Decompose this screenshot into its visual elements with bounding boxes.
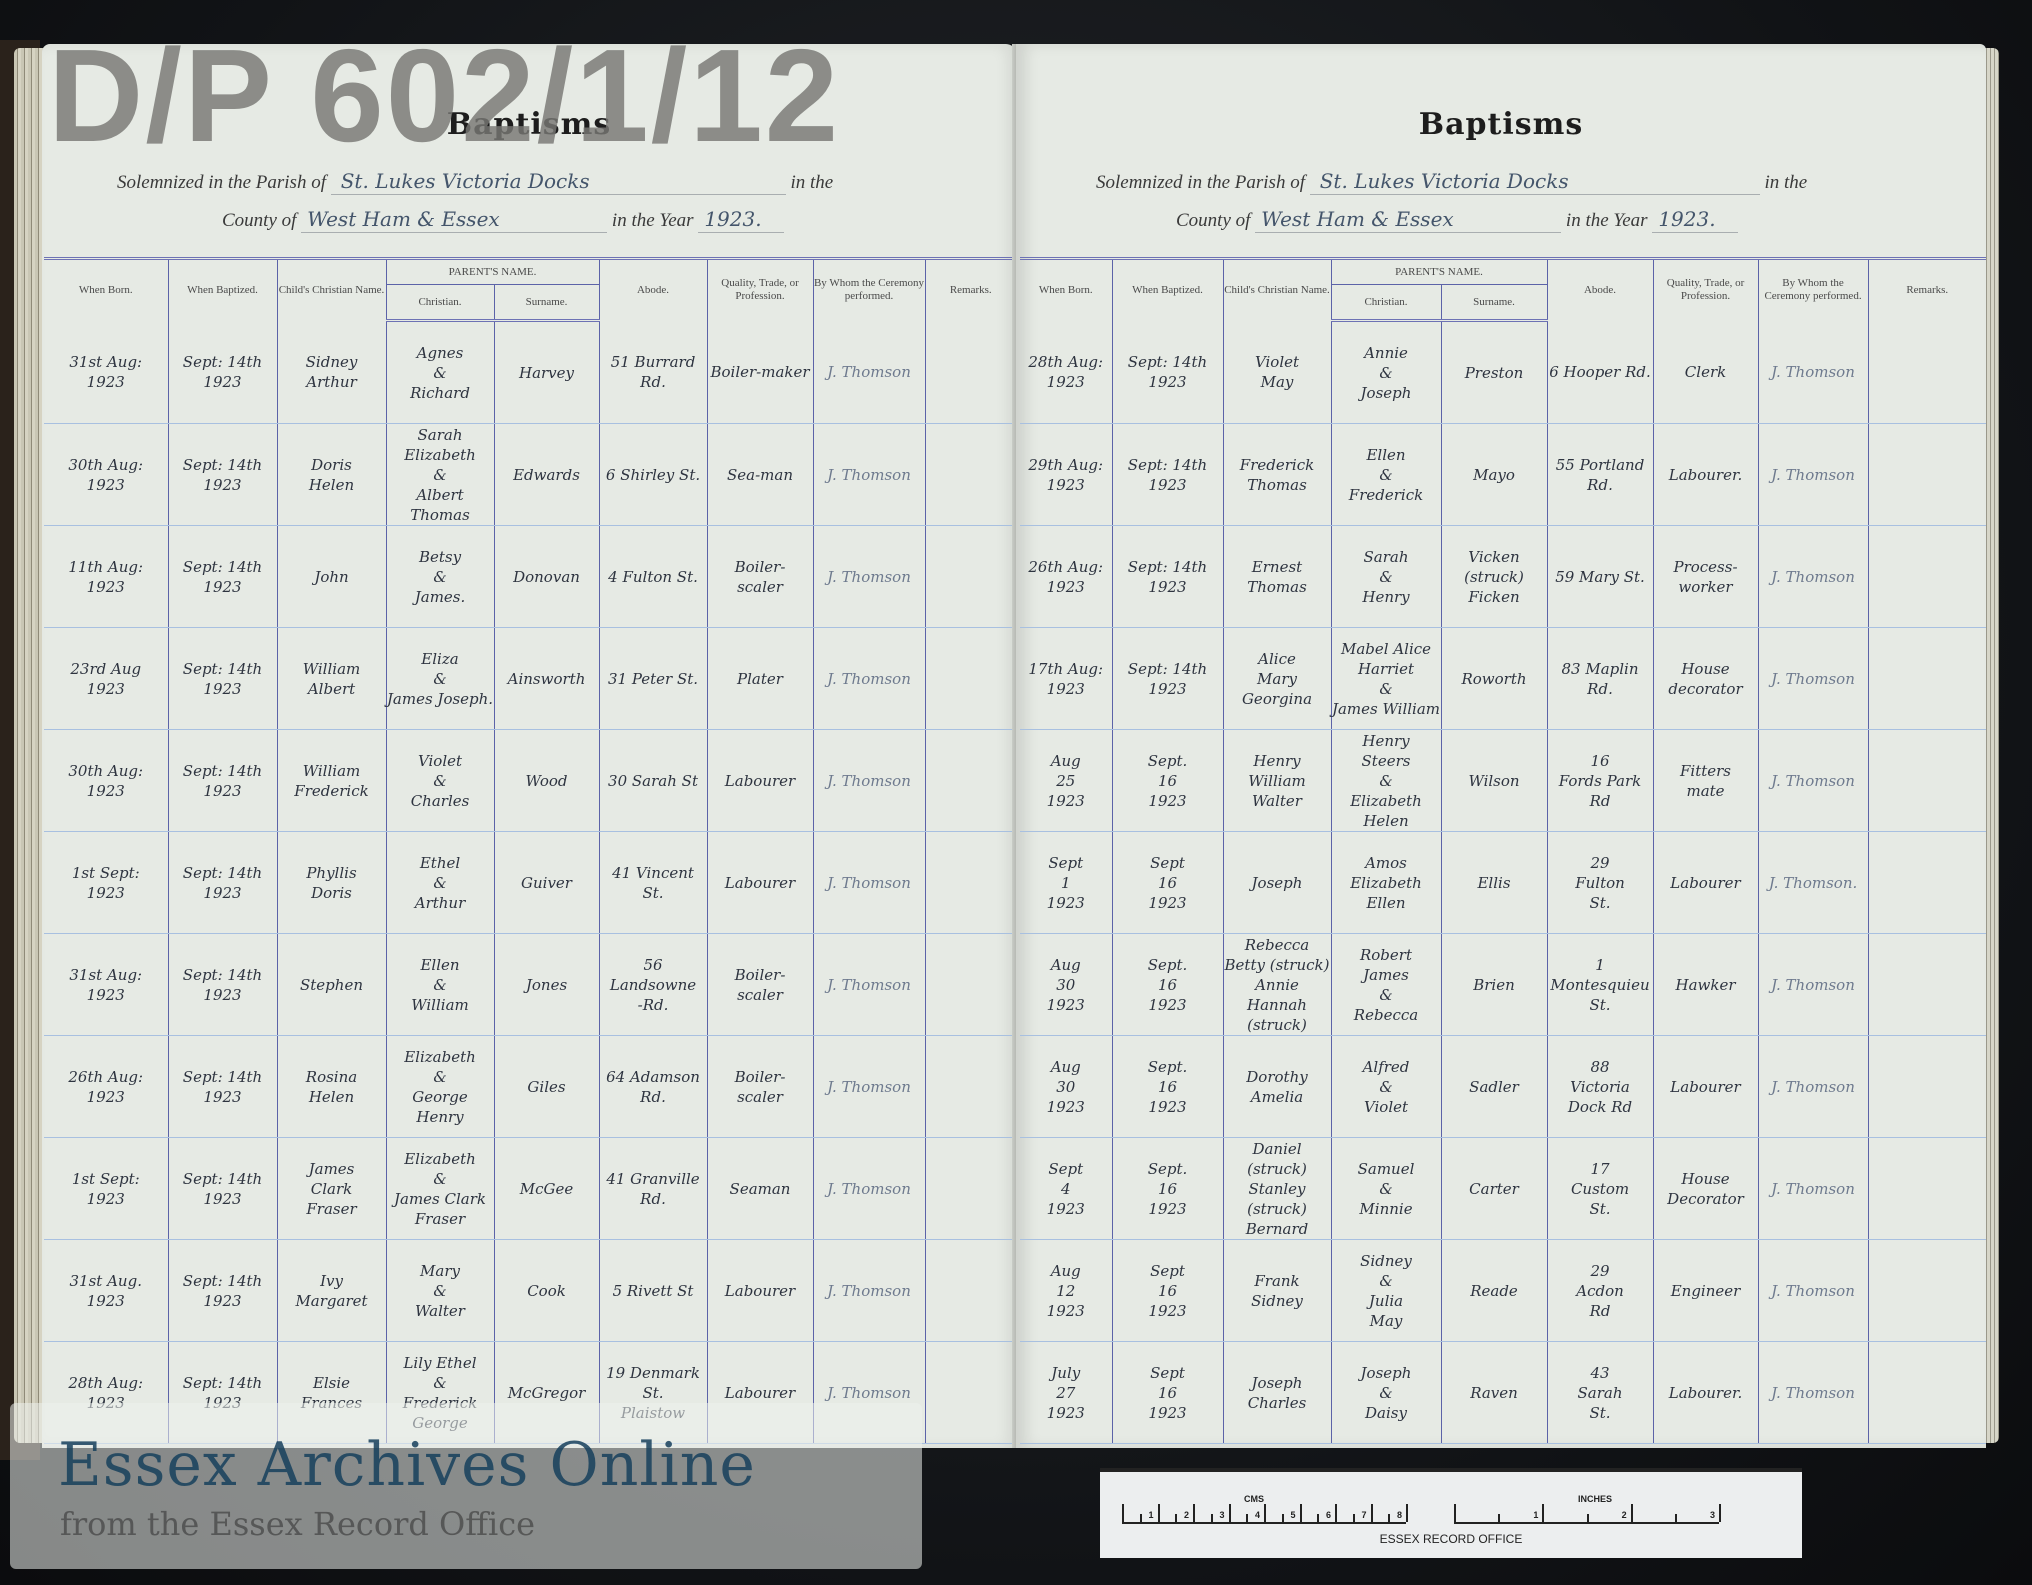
cell-abode: 6 Shirley St. bbox=[599, 424, 707, 526]
cell-parent-surname: Raven bbox=[1441, 1342, 1547, 1444]
cell-remarks bbox=[925, 1342, 1016, 1444]
col-abode: Abode. bbox=[599, 259, 707, 321]
cell-parent-surname: Ainsworth bbox=[494, 628, 599, 730]
cell-performed-by: J. Thomson bbox=[813, 1138, 925, 1240]
cell-remarks bbox=[1868, 321, 1986, 424]
ruler-tick bbox=[1264, 1504, 1266, 1522]
col-when-baptized: When Baptized. bbox=[1112, 259, 1223, 321]
cell-remarks bbox=[1868, 730, 1986, 832]
cell-abode: 6 Hooper Rd. bbox=[1547, 321, 1653, 424]
cell-parent-christian: Elizabeth & George Henry bbox=[386, 1036, 494, 1138]
cell-performed-by: J. Thomson bbox=[813, 628, 925, 730]
cell-profession: Sea-man bbox=[707, 424, 813, 526]
ruler-tick bbox=[1193, 1504, 1195, 1522]
cell-performed-by: J. Thomson bbox=[813, 1036, 925, 1138]
cell-remarks bbox=[1868, 1036, 1986, 1138]
table-row: Aug 30 1923Sept. 16 1923Dorothy AmeliaAl… bbox=[1020, 1036, 1986, 1138]
cell-child-name: Ernest Thomas bbox=[1223, 526, 1331, 628]
ruler-tick bbox=[1335, 1504, 1337, 1522]
ruler-tick bbox=[1229, 1504, 1231, 1522]
cell-parent-christian: Mary & Walter bbox=[386, 1240, 494, 1342]
ruler-tick bbox=[1158, 1504, 1160, 1522]
register-page-left: Baptisms Solemnized in the Parish of St.… bbox=[42, 44, 1016, 1448]
cell-profession: Plater bbox=[707, 628, 813, 730]
cell-when-baptized: Sept: 14th 1923 bbox=[1112, 628, 1223, 730]
ruler-tick bbox=[1631, 1504, 1633, 1522]
cell-performed-by: J. Thomson bbox=[1758, 1036, 1868, 1138]
cell-when-born: 1st Sept: 1923 bbox=[44, 832, 168, 934]
cm-scale: CMS 12345678 bbox=[1122, 1504, 1406, 1524]
cell-child-name: Alice Mary Georgina bbox=[1223, 628, 1331, 730]
cell-profession: Engineer bbox=[1653, 1240, 1758, 1342]
cell-when-born: 17th Aug: 1923 bbox=[1020, 628, 1112, 730]
cell-child-name: William Albert bbox=[277, 628, 386, 730]
col-child-name: Child's Christian Name. bbox=[1223, 259, 1331, 321]
cell-when-born: July 27 1923 bbox=[1020, 1342, 1112, 1444]
cell-when-baptized: Sept: 14th 1923 bbox=[1112, 526, 1223, 628]
cell-profession: Labourer bbox=[1653, 1036, 1758, 1138]
cell-when-born: 26th Aug: 1923 bbox=[44, 1036, 168, 1138]
parish-label: Solemnized in the Parish of bbox=[1096, 172, 1305, 193]
col-profession: Quality, Trade, or Profession. bbox=[1653, 259, 1758, 321]
col-parent-christian: Christian. bbox=[386, 285, 494, 321]
cell-remarks bbox=[1868, 424, 1986, 526]
cell-parent-surname: Mayo bbox=[1441, 424, 1547, 526]
cell-parent-surname: Guiver bbox=[494, 832, 599, 934]
col-when-born: When Born. bbox=[44, 259, 168, 321]
cell-remarks bbox=[1868, 832, 1986, 934]
col-remarks: Remarks. bbox=[925, 259, 1016, 321]
ruler-half-tick bbox=[1282, 1514, 1284, 1522]
cell-when-baptized: Sept: 14th 1923 bbox=[168, 934, 277, 1036]
cell-abode: 4 Fulton St. bbox=[599, 526, 707, 628]
col-parent-surname: Surname. bbox=[494, 285, 599, 321]
ruler-half-tick bbox=[1498, 1514, 1500, 1522]
col-performed-by: By Whom the Ceremony performed. bbox=[1758, 259, 1868, 321]
cell-profession: Boiler- scaler bbox=[707, 526, 813, 628]
cell-abode: 16 Fords Park Rd bbox=[1547, 730, 1653, 832]
cell-abode: 88 Victoria Dock Rd bbox=[1547, 1036, 1653, 1138]
cell-profession: Boiler- scaler bbox=[707, 1036, 813, 1138]
cell-child-name: Frank Sidney bbox=[1223, 1240, 1331, 1342]
archive-brand-subtitle: from the Essex Record Office bbox=[60, 1505, 535, 1543]
cell-performed-by: J. Thomson bbox=[1758, 321, 1868, 424]
table-row: 23rd Aug 1923Sept: 14th 1923William Albe… bbox=[44, 628, 1016, 730]
cell-remarks bbox=[1868, 934, 1986, 1036]
cell-parent-christian: Alfred & Violet bbox=[1331, 1036, 1441, 1138]
cell-abode: 43 Sarah St. bbox=[1547, 1342, 1653, 1444]
ruler-number: 2 bbox=[1184, 1510, 1189, 1520]
cell-child-name: Rebecca Betty (struck) Annie Hannah (str… bbox=[1223, 934, 1331, 1036]
cell-parent-christian: Henry Steers & Elizabeth Helen bbox=[1331, 730, 1441, 832]
cell-remarks bbox=[1868, 1240, 1986, 1342]
ruler-half-tick bbox=[1140, 1514, 1142, 1522]
cell-abode: 51 Burrard Rd. bbox=[599, 321, 707, 424]
cell-profession: Labourer. bbox=[1653, 1342, 1758, 1444]
cell-when-baptized: Sept: 14th 1923 bbox=[168, 526, 277, 628]
cell-parent-christian: Robert James & Rebecca bbox=[1331, 934, 1441, 1036]
cell-child-name: Frederick Thomas bbox=[1223, 424, 1331, 526]
cell-performed-by: J. Thomson bbox=[1758, 424, 1868, 526]
table-row: 1st Sept: 1923Sept: 14th 1923Phyllis Dor… bbox=[44, 832, 1016, 934]
cell-child-name: James Clark Fraser bbox=[277, 1138, 386, 1240]
cell-performed-by: J. Thomson bbox=[1758, 934, 1868, 1036]
cell-abode: 56 Landsowne -Rd. bbox=[599, 934, 707, 1036]
parish-value: St. Lukes Victoria Docks bbox=[1320, 169, 1569, 193]
cell-remarks bbox=[925, 424, 1016, 526]
cell-remarks bbox=[925, 1240, 1016, 1342]
year-label: in the Year bbox=[612, 210, 694, 231]
table-row: July 27 1923Sept 16 1923Joseph CharlesJo… bbox=[1020, 1342, 1986, 1444]
cell-child-name: Daniel (struck) Stanley (struck) Bernard bbox=[1223, 1138, 1331, 1240]
cell-abode: 41 Vincent St. bbox=[599, 832, 707, 934]
col-parents-name: PARENT'S NAME. bbox=[1331, 259, 1547, 285]
cell-abode: 41 Granville Rd. bbox=[599, 1138, 707, 1240]
ruler-number: 6 bbox=[1326, 1510, 1331, 1520]
inch-unit-label: INCHES bbox=[1578, 1494, 1612, 1504]
cell-parent-christian: Joseph & Daisy bbox=[1331, 1342, 1441, 1444]
cell-when-baptized: Sept 16 1923 bbox=[1112, 832, 1223, 934]
cell-profession: Labourer bbox=[707, 730, 813, 832]
cell-when-born: 23rd Aug 1923 bbox=[44, 628, 168, 730]
cell-when-baptized: Sept. 16 1923 bbox=[1112, 1138, 1223, 1240]
table-row: 31st Aug: 1923Sept: 14th 1923StephenElle… bbox=[44, 934, 1016, 1036]
ruler-number: 3 bbox=[1710, 1510, 1715, 1520]
cell-parent-christian: Sarah & Henry bbox=[1331, 526, 1441, 628]
cell-parent-surname: Carter bbox=[1441, 1138, 1547, 1240]
col-profession: Quality, Trade, or Profession. bbox=[707, 259, 813, 321]
table-row: 31st Aug. 1923Sept: 14th 1923Ivy Margare… bbox=[44, 1240, 1016, 1342]
year-value: 1923. bbox=[1658, 207, 1715, 231]
ruler-half-tick bbox=[1211, 1514, 1213, 1522]
cell-profession: Hawker bbox=[1653, 934, 1758, 1036]
inch-scale: INCHES 123 bbox=[1454, 1504, 1719, 1524]
cell-when-baptized: Sept: 14th 1923 bbox=[168, 1240, 277, 1342]
cell-when-baptized: Sept: 14th 1923 bbox=[168, 628, 277, 730]
parish-line: Solemnized in the Parish of St. Lukes Vi… bbox=[117, 169, 997, 195]
cell-parent-surname: McGee bbox=[494, 1138, 599, 1240]
cell-abode: 1 Montesquieu St. bbox=[1547, 934, 1653, 1036]
baptism-register-table: When Born. When Baptized. Child's Christ… bbox=[44, 257, 1016, 1444]
county-line: County of West Ham & Essex in the Year 1… bbox=[1176, 207, 1936, 233]
cell-when-born: 29th Aug: 1923 bbox=[1020, 424, 1112, 526]
cell-abode: 29 Acdon Rd bbox=[1547, 1240, 1653, 1342]
cell-when-born: Sept 1 1923 bbox=[1020, 832, 1112, 934]
ruler-half-tick bbox=[1317, 1514, 1319, 1522]
cell-when-baptized: Sept. 16 1923 bbox=[1112, 1036, 1223, 1138]
cell-parent-surname: Jones bbox=[494, 934, 599, 1036]
cell-performed-by: J. Thomson bbox=[813, 526, 925, 628]
cell-performed-by: J. Thomson bbox=[1758, 730, 1868, 832]
cell-performed-by: J. Thomson bbox=[813, 424, 925, 526]
cell-parent-christian: Eliza & James Joseph. bbox=[386, 628, 494, 730]
page-title: Baptisms bbox=[42, 107, 1016, 142]
cell-abode: 64 Adamson Rd. bbox=[599, 1036, 707, 1138]
cell-parent-surname: Reade bbox=[1441, 1240, 1547, 1342]
col-remarks: Remarks. bbox=[1868, 259, 1986, 321]
year-value: 1923. bbox=[704, 207, 761, 231]
cell-performed-by: J. Thomson bbox=[813, 934, 925, 1036]
table-row: 11th Aug: 1923Sept: 14th 1923JohnBetsy &… bbox=[44, 526, 1016, 628]
cell-parent-surname: Donovan bbox=[494, 526, 599, 628]
cell-parent-surname: Preston bbox=[1441, 321, 1547, 424]
cell-parent-surname: Edwards bbox=[494, 424, 599, 526]
in-the-label: in the bbox=[790, 172, 833, 193]
ruler-number: 2 bbox=[1622, 1510, 1627, 1520]
county-label: County of bbox=[1176, 210, 1250, 231]
cell-remarks bbox=[1868, 1138, 1986, 1240]
ruler-tick bbox=[1542, 1504, 1544, 1522]
cell-profession: Labourer bbox=[707, 832, 813, 934]
cell-remarks bbox=[925, 1036, 1016, 1138]
table-row: 26th Aug: 1923Sept: 14th 1923Ernest Thom… bbox=[1020, 526, 1986, 628]
archive-brand-title: Essex Archives Online bbox=[58, 1430, 756, 1500]
cell-profession: House decorator bbox=[1653, 628, 1758, 730]
cell-performed-by: J. Thomson bbox=[813, 1240, 925, 1342]
ruler-number: 7 bbox=[1362, 1510, 1367, 1520]
ruler-number: 1 bbox=[1149, 1510, 1154, 1520]
cell-profession: Clerk bbox=[1653, 321, 1758, 424]
table-row: Aug 25 1923Sept. 16 1923Henry William Wa… bbox=[1020, 730, 1986, 832]
cell-when-baptized: Sept: 14th 1923 bbox=[168, 321, 277, 424]
cell-profession: Boiler-maker bbox=[707, 321, 813, 424]
cell-when-born: Aug 30 1923 bbox=[1020, 934, 1112, 1036]
cell-abode: 55 Portland Rd. bbox=[1547, 424, 1653, 526]
scale-ruler: CMS 12345678 INCHES 123 ESSEX RECORD OFF… bbox=[1100, 1468, 1802, 1558]
cell-abode: 17 Custom St. bbox=[1547, 1138, 1653, 1240]
table-row: Aug 12 1923Sept 16 1923Frank SidneySidne… bbox=[1020, 1240, 1986, 1342]
cell-parent-christian: Annie & Joseph bbox=[1331, 321, 1441, 424]
cell-child-name: Ivy Margaret bbox=[277, 1240, 386, 1342]
ruler-half-tick bbox=[1675, 1514, 1677, 1522]
cell-profession: House Decorator bbox=[1653, 1138, 1758, 1240]
cell-when-born: 26th Aug: 1923 bbox=[1020, 526, 1112, 628]
cell-parent-christian: Violet & Charles bbox=[386, 730, 494, 832]
cell-performed-by: J. Thomson bbox=[1758, 628, 1868, 730]
ruler-number: 3 bbox=[1220, 1510, 1225, 1520]
cell-child-name: Joseph Charles bbox=[1223, 1342, 1331, 1444]
cell-child-name: Stephen bbox=[277, 934, 386, 1036]
cell-remarks bbox=[925, 934, 1016, 1036]
ruler-tick bbox=[1371, 1504, 1373, 1522]
cell-performed-by: J. Thomson bbox=[1758, 1240, 1868, 1342]
cell-performed-by: J. Thomson bbox=[813, 832, 925, 934]
cell-when-baptized: Sept. 16 1923 bbox=[1112, 934, 1223, 1036]
table-row: Aug 30 1923Sept. 16 1923Rebecca Betty (s… bbox=[1020, 934, 1986, 1036]
table-row: 28th Aug: 1923Sept: 14th 1923Violet MayA… bbox=[1020, 321, 1986, 424]
cell-remarks bbox=[1868, 1342, 1986, 1444]
cell-parent-christian: Sidney & Julia May bbox=[1331, 1240, 1441, 1342]
cell-abode: 31 Peter St. bbox=[599, 628, 707, 730]
cm-unit-label: CMS bbox=[1244, 1494, 1264, 1504]
table-row: 17th Aug: 1923Sept: 14th 1923Alice Mary … bbox=[1020, 628, 1986, 730]
cell-performed-by: J. Thomson bbox=[1758, 526, 1868, 628]
col-child-name: Child's Christian Name. bbox=[277, 259, 386, 321]
table-row: Sept 1 1923Sept 16 1923JosephAmos Elizab… bbox=[1020, 832, 1986, 934]
cell-when-born: 31st Aug: 1923 bbox=[44, 934, 168, 1036]
cell-performed-by: J. Thomson bbox=[813, 321, 925, 424]
ruler-half-tick bbox=[1246, 1514, 1248, 1522]
county-value: West Ham & Essex bbox=[307, 207, 500, 231]
cell-when-baptized: Sept: 14th 1923 bbox=[168, 832, 277, 934]
cell-parent-surname: Roworth bbox=[1441, 628, 1547, 730]
ruler-half-tick bbox=[1175, 1514, 1177, 1522]
cell-parent-surname: Wood bbox=[494, 730, 599, 832]
cell-remarks bbox=[925, 321, 1016, 424]
cell-parent-christian: Mabel Alice Harriet & James William bbox=[1331, 628, 1441, 730]
cell-performed-by: J. Thomson bbox=[1758, 1138, 1868, 1240]
cell-profession: Labourer bbox=[1653, 832, 1758, 934]
cell-parent-surname: Vicken (struck) Ficken bbox=[1441, 526, 1547, 628]
year-label: in the Year bbox=[1566, 210, 1648, 231]
cell-remarks bbox=[925, 730, 1016, 832]
table-row: 1st Sept: 1923Sept: 14th 1923James Clark… bbox=[44, 1138, 1016, 1240]
cell-when-born: Aug 25 1923 bbox=[1020, 730, 1112, 832]
col-when-baptized: When Baptized. bbox=[168, 259, 277, 321]
cell-profession: Fitters mate bbox=[1653, 730, 1758, 832]
cell-when-born: 31st Aug: 1923 bbox=[44, 321, 168, 424]
cell-child-name: Joseph bbox=[1223, 832, 1331, 934]
cell-profession: Process- worker bbox=[1653, 526, 1758, 628]
cell-abode: 59 Mary St. bbox=[1547, 526, 1653, 628]
cell-remarks bbox=[1868, 628, 1986, 730]
cell-remarks bbox=[925, 832, 1016, 934]
cell-profession: Boiler- scaler bbox=[707, 934, 813, 1036]
ruler-number: 1 bbox=[1533, 1510, 1538, 1520]
ruler-tick bbox=[1454, 1504, 1456, 1522]
col-when-born: When Born. bbox=[1020, 259, 1112, 321]
ruler-number: 8 bbox=[1397, 1510, 1402, 1520]
county-line: County of West Ham & Essex in the Year 1… bbox=[222, 207, 982, 233]
cell-parent-surname: Sadler bbox=[1441, 1036, 1547, 1138]
cell-when-born: 1st Sept: 1923 bbox=[44, 1138, 168, 1240]
cell-parent-christian: Amos Elizabeth Ellen bbox=[1331, 832, 1441, 934]
ruler-number: 4 bbox=[1255, 1510, 1260, 1520]
cell-remarks bbox=[1868, 526, 1986, 628]
cell-remarks bbox=[925, 1138, 1016, 1240]
cell-when-baptized: Sept: 14th 1923 bbox=[168, 1036, 277, 1138]
cell-parent-christian: Sarah Elizabeth & Albert Thomas bbox=[386, 424, 494, 526]
cell-performed-by: J. Thomson bbox=[813, 730, 925, 832]
table-row: 31st Aug: 1923Sept: 14th 1923Sidney Arth… bbox=[44, 321, 1016, 424]
cell-when-baptized: Sept: 14th 1923 bbox=[168, 730, 277, 832]
ruler-number: 5 bbox=[1291, 1510, 1296, 1520]
cell-profession: Labourer. bbox=[1653, 424, 1758, 526]
cell-child-name: William Frederick bbox=[277, 730, 386, 832]
ruler-half-tick bbox=[1353, 1514, 1355, 1522]
cell-when-born: Aug 30 1923 bbox=[1020, 1036, 1112, 1138]
county-label: County of bbox=[222, 210, 296, 231]
cell-abode: 5 Rivett St bbox=[599, 1240, 707, 1342]
page-title: Baptisms bbox=[1016, 107, 1986, 142]
col-parent-christian: Christian. bbox=[1331, 285, 1441, 321]
cell-when-born: Aug 12 1923 bbox=[1020, 1240, 1112, 1342]
table-row: 29th Aug: 1923Sept: 14th 1923Frederick T… bbox=[1020, 424, 1986, 526]
cell-when-baptized: Sept 16 1923 bbox=[1112, 1240, 1223, 1342]
ruler-tick bbox=[1122, 1504, 1124, 1522]
ruler-half-tick bbox=[1587, 1514, 1589, 1522]
cell-parent-christian: Betsy & James. bbox=[386, 526, 494, 628]
cell-parent-christian: Ellen & Frederick bbox=[1331, 424, 1441, 526]
cell-parent-surname: Giles bbox=[494, 1036, 599, 1138]
cell-when-born: Sept 4 1923 bbox=[1020, 1138, 1112, 1240]
table-row: 30th Aug: 1923Sept: 14th 1923Doris Helen… bbox=[44, 424, 1016, 526]
county-value: West Ham & Essex bbox=[1261, 207, 1454, 231]
cell-parent-christian: Ellen & William bbox=[386, 934, 494, 1036]
cell-when-baptized: Sept: 14th 1923 bbox=[1112, 321, 1223, 424]
parish-value: St. Lukes Victoria Docks bbox=[341, 169, 590, 193]
cell-parent-surname: Harvey bbox=[494, 321, 599, 424]
cell-remarks bbox=[925, 526, 1016, 628]
cell-when-born: 11th Aug: 1923 bbox=[44, 526, 168, 628]
register-page-right: Baptisms Solemnized in the Parish of St.… bbox=[1016, 44, 1986, 1448]
cell-parent-surname: Wilson bbox=[1441, 730, 1547, 832]
cell-child-name: Dorothy Amelia bbox=[1223, 1036, 1331, 1138]
ruler-half-tick bbox=[1388, 1514, 1390, 1522]
cell-child-name: Phyllis Doris bbox=[277, 832, 386, 934]
cell-when-baptized: Sept: 14th 1923 bbox=[1112, 424, 1223, 526]
cell-abode: 29 Fulton St. bbox=[1547, 832, 1653, 934]
cell-performed-by: J. Thomson. bbox=[1758, 832, 1868, 934]
cell-when-baptized: Sept: 14th 1923 bbox=[168, 424, 277, 526]
cell-when-baptized: Sept: 14th 1923 bbox=[168, 1138, 277, 1240]
cell-parent-christian: Samuel & Minnie bbox=[1331, 1138, 1441, 1240]
cell-when-born: 28th Aug: 1923 bbox=[1020, 321, 1112, 424]
ruler-tick bbox=[1406, 1504, 1408, 1522]
cell-parent-surname: Cook bbox=[494, 1240, 599, 1342]
cell-when-born: 30th Aug: 1923 bbox=[44, 730, 168, 832]
col-performed-by: By Whom the Ceremony performed. bbox=[813, 259, 925, 321]
cell-when-baptized: Sept 16 1923 bbox=[1112, 1342, 1223, 1444]
cell-parent-surname: Brien bbox=[1441, 934, 1547, 1036]
cell-parent-christian: Agnes & Richard bbox=[386, 321, 494, 424]
cell-abode: 30 Sarah St bbox=[599, 730, 707, 832]
cell-abode: 83 Maplin Rd. bbox=[1547, 628, 1653, 730]
cell-when-baptized: Sept. 16 1923 bbox=[1112, 730, 1223, 832]
cell-child-name: Rosina Helen bbox=[277, 1036, 386, 1138]
ruler-tick bbox=[1719, 1504, 1721, 1522]
table-row: 30th Aug: 1923Sept: 14th 1923William Fre… bbox=[44, 730, 1016, 832]
ruler-tick bbox=[1300, 1504, 1302, 1522]
cell-performed-by: J. Thomson bbox=[1758, 1342, 1868, 1444]
cell-child-name: Doris Helen bbox=[277, 424, 386, 526]
cell-child-name: Sidney Arthur bbox=[277, 321, 386, 424]
ruler-office-label: ESSEX RECORD OFFICE bbox=[1100, 1532, 1802, 1546]
cell-child-name: Henry William Walter bbox=[1223, 730, 1331, 832]
col-parent-surname: Surname. bbox=[1441, 285, 1547, 321]
cell-profession: Seaman bbox=[707, 1138, 813, 1240]
cell-parent-surname: Ellis bbox=[1441, 832, 1547, 934]
col-abode: Abode. bbox=[1547, 259, 1653, 321]
cell-profession: Labourer bbox=[707, 1240, 813, 1342]
cell-child-name: John bbox=[277, 526, 386, 628]
parish-label: Solemnized in the Parish of bbox=[117, 172, 326, 193]
cell-parent-christian: Elizabeth & James Clark Fraser bbox=[386, 1138, 494, 1240]
cell-parent-christian: Ethel & Arthur bbox=[386, 832, 494, 934]
table-row: Sept 4 1923Sept. 16 1923Daniel (struck) … bbox=[1020, 1138, 1986, 1240]
baptism-register-table: When Born. When Baptized. Child's Christ… bbox=[1020, 257, 1986, 1444]
cell-remarks bbox=[925, 628, 1016, 730]
cell-when-born: 30th Aug: 1923 bbox=[44, 424, 168, 526]
table-row: 26th Aug: 1923Sept: 14th 1923Rosina Hele… bbox=[44, 1036, 1016, 1138]
col-parents-name: PARENT'S NAME. bbox=[386, 259, 599, 285]
in-the-label: in the bbox=[1764, 172, 1807, 193]
cell-child-name: Violet May bbox=[1223, 321, 1331, 424]
parish-line: Solemnized in the Parish of St. Lukes Vi… bbox=[1096, 169, 1976, 195]
cell-when-born: 31st Aug. 1923 bbox=[44, 1240, 168, 1342]
